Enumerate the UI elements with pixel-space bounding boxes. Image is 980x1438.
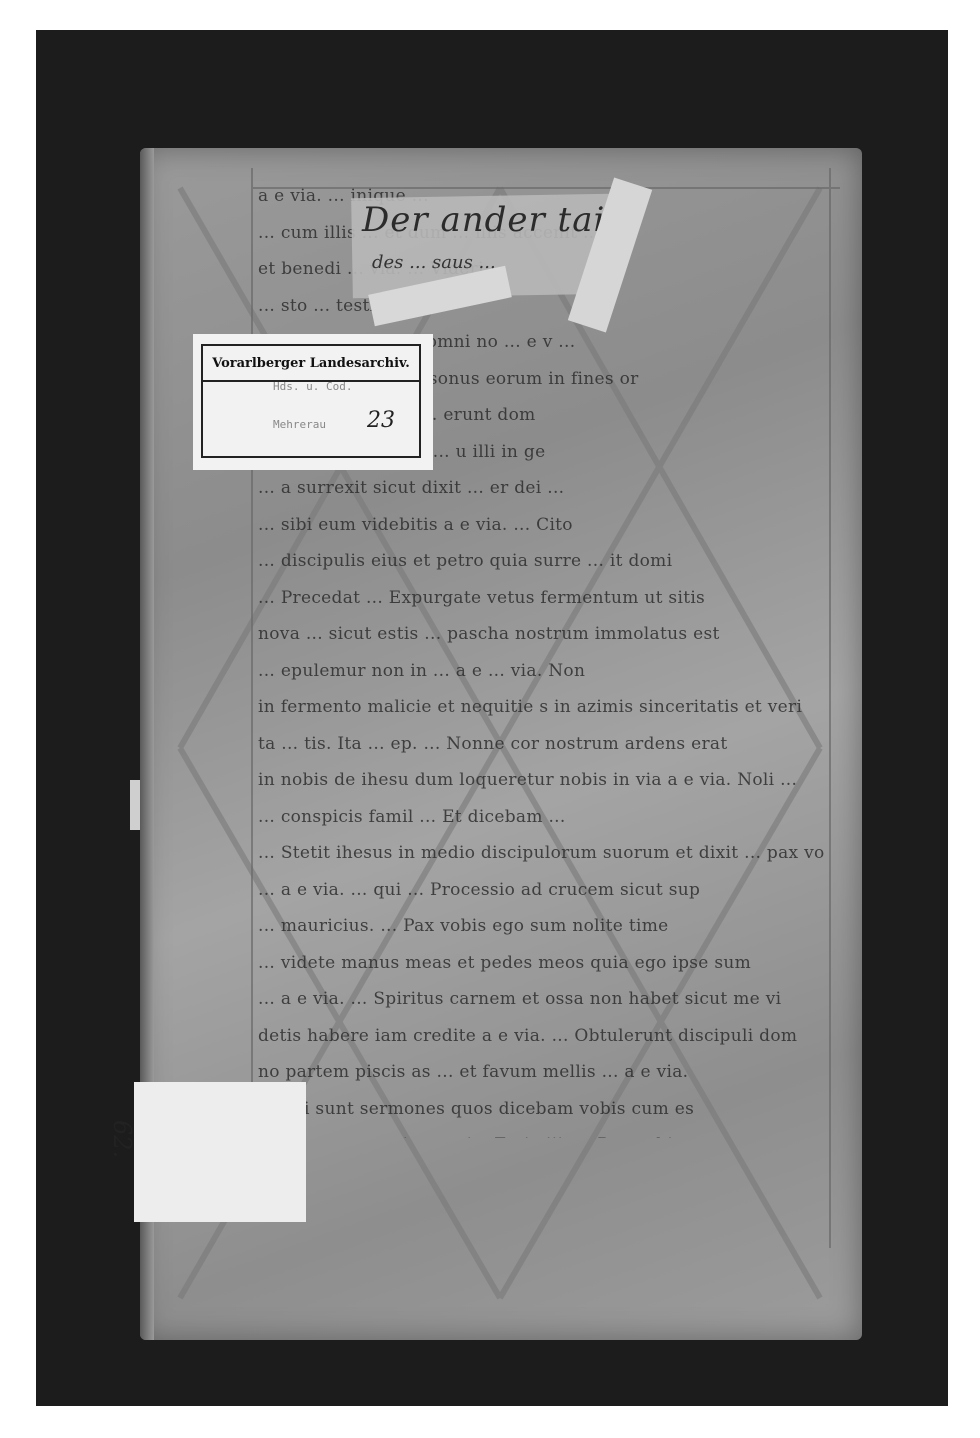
text-line: no partem piscis as ... et favum mellis … bbox=[258, 1054, 848, 1091]
text-line: in nobis de ihesu dum loqueretur nobis i… bbox=[258, 762, 848, 799]
text-line: ... a surrexit sicut dixit ... er dei ..… bbox=[258, 470, 848, 507]
shelf-mark-label bbox=[134, 1082, 306, 1222]
text-line: detis habere iam credite a e via. ... Ob… bbox=[258, 1018, 848, 1055]
clasp-remnant bbox=[130, 780, 140, 830]
text-line: ... sibi eum videbitis a e via. ... Cito bbox=[258, 507, 848, 544]
text-line: ... videte manus meas et pedes meos quia… bbox=[258, 945, 848, 982]
cover-subtitle: des ... saus ... bbox=[372, 252, 496, 273]
cover-title: Der ander tail bbox=[362, 200, 617, 240]
archive-label: Vorarlberger Landesarchiv. Hds. u. Cod. … bbox=[193, 334, 433, 470]
text-line: ... conspicis famil ... Et dicebam ... bbox=[258, 799, 848, 836]
text-line: ta ... tis. Ita ... ep. ... Nonne cor no… bbox=[258, 726, 848, 763]
text-line: ... Isti sunt sermones quos dicebam vobi… bbox=[258, 1091, 848, 1128]
text-line: ... Precedat ... Expurgate vetus ferment… bbox=[258, 580, 848, 617]
text-line: ... epulemur non in ... a e ... via. Non bbox=[258, 653, 848, 690]
text-line: ... a e via. ... Spiritus carnem et ossa… bbox=[258, 981, 848, 1018]
chant-text-block: a e via. ... inique ... ... cum illis ..… bbox=[258, 178, 848, 1138]
archive-label-collection: Hds. u. Cod. bbox=[273, 380, 352, 393]
archive-label-border: Vorarlberger Landesarchiv. bbox=[201, 344, 421, 458]
text-line: ... mauricius. ... Pax vobis ego sum nol… bbox=[258, 908, 848, 945]
text-line: ... Stetit ihesus in medio discipulorum … bbox=[258, 835, 848, 872]
text-line: nova ... sicut estis ... pascha nostrum … bbox=[258, 616, 848, 653]
archive-label-header: Vorarlberger Landesarchiv. bbox=[203, 346, 419, 382]
archive-label-number: 23 bbox=[367, 408, 395, 433]
text-line: ... discipulis eius et petro quia surre … bbox=[258, 543, 848, 580]
text-line: ... obiscum a e via a e via. Feria iii. … bbox=[258, 1127, 848, 1138]
archive-label-fonds: Mehrerau bbox=[273, 418, 326, 431]
text-line: ... a e via. ... qui ... Processio ad cr… bbox=[258, 872, 848, 909]
text-line: in fermento malicie et nequitie s in azi… bbox=[258, 689, 848, 726]
shelf-mark-number: 62. bbox=[108, 1120, 136, 1158]
